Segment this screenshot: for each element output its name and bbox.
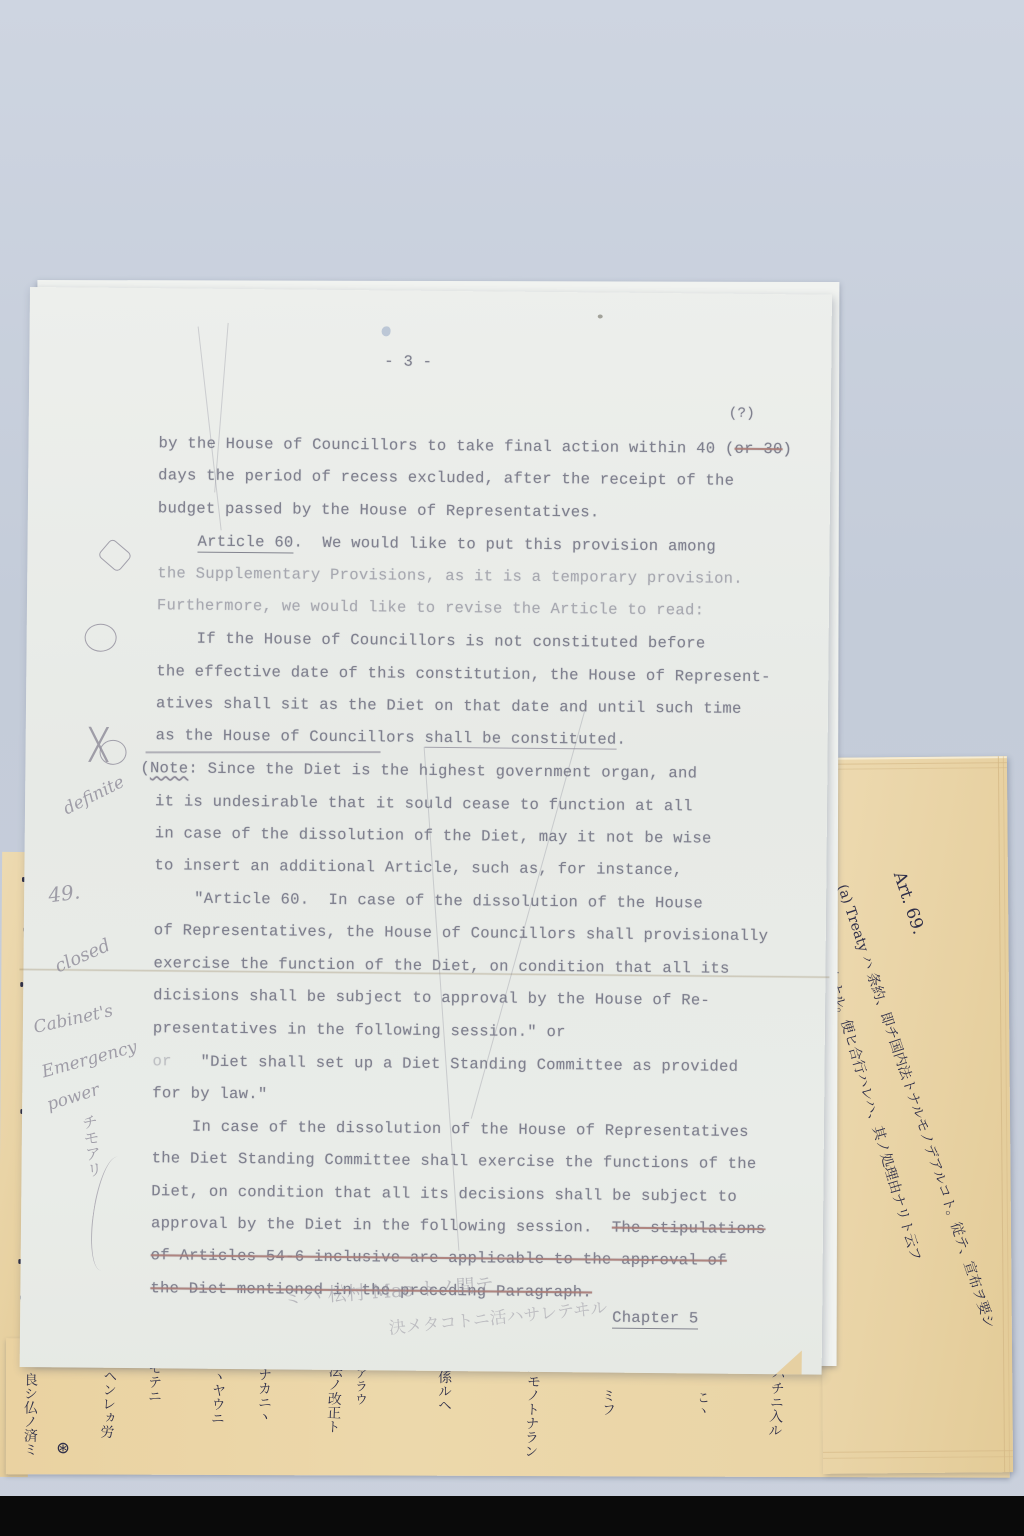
struck-text: The stipulations	[612, 1219, 766, 1238]
typed-line: dicisions shall be subject to approval b…	[153, 986, 710, 1009]
typed-line: If the House of Councillors is not const…	[197, 630, 706, 653]
paper-hole	[382, 326, 391, 336]
pencil-circle-mark	[85, 624, 117, 652]
ink-fragment: ヘンレヵ労	[96, 1368, 120, 1439]
typed-line: In case of the dissolution of the House …	[192, 1118, 749, 1141]
pencil-note-emergency: Emergency	[40, 1037, 140, 1082]
ink-fragment: ハチニ入ル	[764, 1366, 788, 1437]
typed-line: the Supplementary Provisions, as it is a…	[157, 564, 743, 588]
typed-line: to insert an additional Article, such as…	[154, 856, 682, 879]
typed-line: "Article 60. In case of the dissolution …	[194, 890, 703, 913]
photo-black-band	[0, 1496, 1024, 1536]
pencil-note-vertical: チモアリ	[77, 1113, 106, 1179]
pencil-note-cabinets: Cabinet's	[32, 1001, 115, 1038]
note-label: Note	[150, 759, 189, 777]
pencil-note-power: power	[44, 1080, 101, 1115]
faint-or: or	[152, 1052, 171, 1070]
document-photo: 良シ仏ノ済ミ ⊛ ヘンレヵ労 モテニ レヽヤウニ ノナカニヽ 憲法ノ改正ト テア…	[0, 0, 1024, 1536]
struck-text: or 30	[734, 440, 782, 458]
ink-fragment: 良シ仏ノ済ミ	[20, 1372, 40, 1456]
typed-line: for by law."	[152, 1084, 267, 1103]
article-60-heading: Article 60	[197, 533, 293, 554]
ink-fragment: こヽ	[692, 1391, 711, 1417]
typed-line: as the House of Councillors shall be con…	[156, 726, 627, 749]
typed-line: presentatives in the following session."…	[153, 1019, 566, 1041]
chapter-heading: Chapter 5	[612, 1309, 699, 1328]
ink-fragment: ルモノトナラン	[520, 1360, 544, 1459]
pencil-underlined-text: shall be constituted	[424, 729, 616, 750]
typed-line: Article 60. We would like to put this pr…	[197, 533, 716, 556]
typed-line: the effective date of this constitution,…	[156, 662, 771, 686]
line-text: : Since the Diet is the highest governme…	[188, 760, 697, 783]
typed-line: Diet, on condition that all its decision…	[151, 1182, 737, 1206]
typed-line: days the period of recess excluded, afte…	[158, 466, 734, 490]
line-text: as the House of Councillors	[156, 726, 425, 747]
typed-line: exercise the function of the Diet, on co…	[153, 954, 729, 978]
typed-line: by the House of Councillors to take fina…	[158, 434, 792, 458]
line-text: by the House of Councillors to take fina…	[158, 434, 734, 458]
sheet-edge	[823, 1456, 1013, 1459]
tan-paper-right: Art. 69. (a) Treaty ハ 条約、即チ国内法トナルモノデアルコト…	[817, 756, 1013, 1474]
line-text: . We would like to put this provision am…	[293, 534, 716, 556]
typed-line: budget passed by the House of Representa…	[158, 499, 600, 521]
pencil-underline	[146, 751, 381, 753]
sheet-edge	[817, 762, 1007, 765]
ink-fragment: ミフ	[598, 1388, 618, 1416]
page-number: - 3 -	[384, 352, 432, 370]
sheet-edge	[817, 756, 1007, 760]
sheet-edge	[817, 767, 1007, 770]
corner-fold	[776, 1350, 802, 1374]
typed-line: the Diet Standing Committee shall exerci…	[152, 1149, 757, 1173]
typed-line: or "Diet shall set up a Diet Standing Co…	[152, 1052, 738, 1076]
typed-line: approval by the Diet in the following se…	[151, 1214, 766, 1238]
pencil-note-definite: definite	[60, 772, 128, 819]
typed-line: atives shall sit as the Diet on that dat…	[156, 694, 742, 718]
typed-line: of Representatives, the House of Council…	[154, 921, 769, 945]
typed-line: Furthermore, we would like to revise the…	[157, 596, 704, 619]
ink-note-treaty: (a) Treaty ハ 条約、即チ国内法トナルモノデアルコト。従テ、宣布ヲ要シ	[833, 882, 1000, 1331]
chapter-label: Chapter 5	[612, 1309, 699, 1330]
pencil-note-matsumura-mac: ミハ 松村 Mac トノ間テ	[283, 1270, 495, 1310]
pencil-note-49: 49.	[47, 879, 82, 907]
ink-note-art69: Art. 69.	[889, 869, 929, 937]
struck-typed-line: of Articles 54-6 inclusive are applicabl…	[151, 1246, 727, 1270]
line-text: approval by the Diet in the following se…	[151, 1214, 612, 1236]
pencil-x-mark: ╳	[89, 728, 107, 763]
typed-page: - 3 - (?) by the House of Councillors to…	[20, 287, 832, 1375]
line-text: (	[140, 759, 150, 777]
line-text: "Diet shall set up a Diet Standing Commi…	[172, 1052, 739, 1075]
sheet-edge	[823, 1450, 1013, 1453]
paper-speck	[598, 314, 603, 318]
line-text: .	[616, 731, 626, 749]
typed-line: it is undesirable that it sould cease to…	[155, 792, 693, 815]
pencil-diamond-mark	[97, 538, 132, 573]
question-annotation: (?)	[729, 406, 755, 422]
typed-line: (Note: Since the Diet is the highest gov…	[140, 759, 697, 782]
circled-asterisk-mark: ⊛	[56, 1438, 70, 1458]
typed-line: in case of the dissolution of the Diet, …	[155, 824, 712, 847]
line-text: )	[783, 440, 793, 458]
